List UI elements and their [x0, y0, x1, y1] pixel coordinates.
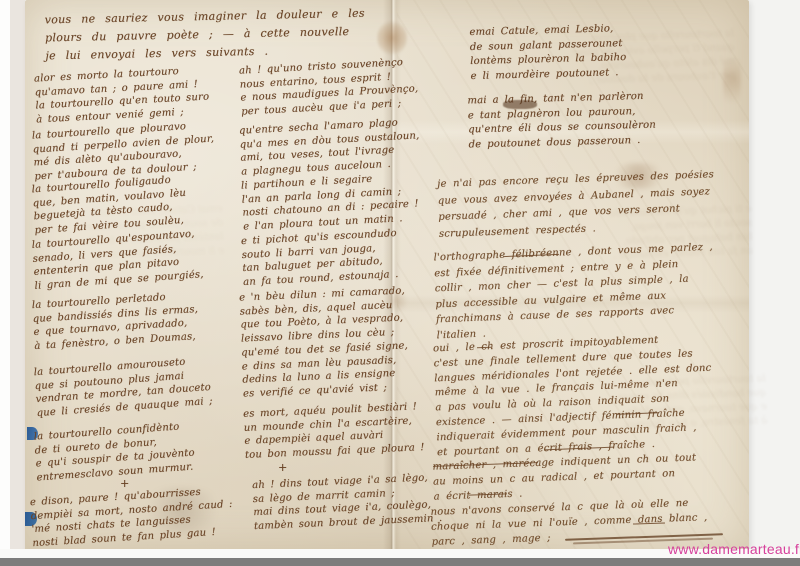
letter-paper-sheet: la tourtourello que plouravo quand ti pe… [25, 0, 749, 552]
prose-paragraph: je n'ai pas encore reçu les épreuves des… [437, 167, 716, 243]
prose-paragraph: oui , le ch est proscrit impitoyablement… [433, 332, 715, 461]
poem-stanza: qu'emé tou det se fasié signe, e dins sa… [241, 339, 410, 400]
poem-stanza: ah ! qu'uno tristo souvenènço nous entar… [239, 55, 420, 118]
stanza-separator-mark: + [278, 461, 287, 474]
poem-stanza: la tourtourello counfidènto de ti oureto… [33, 420, 196, 485]
scanned-handwritten-letter: la tourtourello que plouravo quand ti pe… [0, 0, 800, 566]
poem-stanza: la tourtourello fouligaudo que, ben mati… [31, 173, 188, 238]
poem-stanza: alor es morto la tourtouro qu'amavo tan … [34, 63, 211, 126]
watermark-text: www.damemarteau.fr [668, 541, 800, 557]
ink-blot-correction [503, 100, 537, 109]
scanner-left-edge [0, 0, 10, 558]
poem-stanza: la tourtourello que plouravo quand ti pe… [32, 119, 217, 184]
poem-stanza: la tourtourello qu'espountavo, senado, l… [31, 227, 204, 293]
poem-stanza: e dison, paure ! qu'abourrisses dempièi … [30, 484, 235, 550]
prose-paragraph: l'orthographe félibréenne , dont vous me… [433, 240, 716, 344]
poem-stanza: e ti pichot qu'is escoundudo souto li ba… [241, 227, 399, 289]
poem-stanza: ah ! dins tout viage i'a sa lègo, sa lèg… [252, 471, 443, 533]
scanner-left-shadow [10, 0, 25, 552]
stanza-separator-mark: + [120, 477, 129, 490]
poem-stanza: es mort, aquéu poulit bestiàri ! un moun… [243, 400, 425, 462]
poem-stanza: la tourtourello amourouseto que si pouto… [33, 354, 213, 420]
poem-stanza: mai a la fin, tant n'en parlèron e tant … [467, 90, 656, 153]
intro-lines: vous ne sauriez vous imaginer la douleur… [44, 5, 365, 66]
poem-stanza: qu'entre secha l'amaro plago qu'a mes en… [239, 115, 421, 178]
scanner-bed-band [0, 558, 800, 566]
poem-stanza: li partihoun e li segaire l'an an parla … [241, 170, 420, 233]
poem-stanza: emai Catule, emai Lesbio, de soun galant… [469, 22, 627, 84]
poem-stanza: e 'n bèu dilun : mi camarado, sabès bèn,… [239, 284, 407, 345]
prose-paragraph: nous n'avons conservé la c que là où ell… [430, 495, 708, 550]
poem-stanza: la tourtourello perletado que bandissiés… [32, 289, 201, 353]
